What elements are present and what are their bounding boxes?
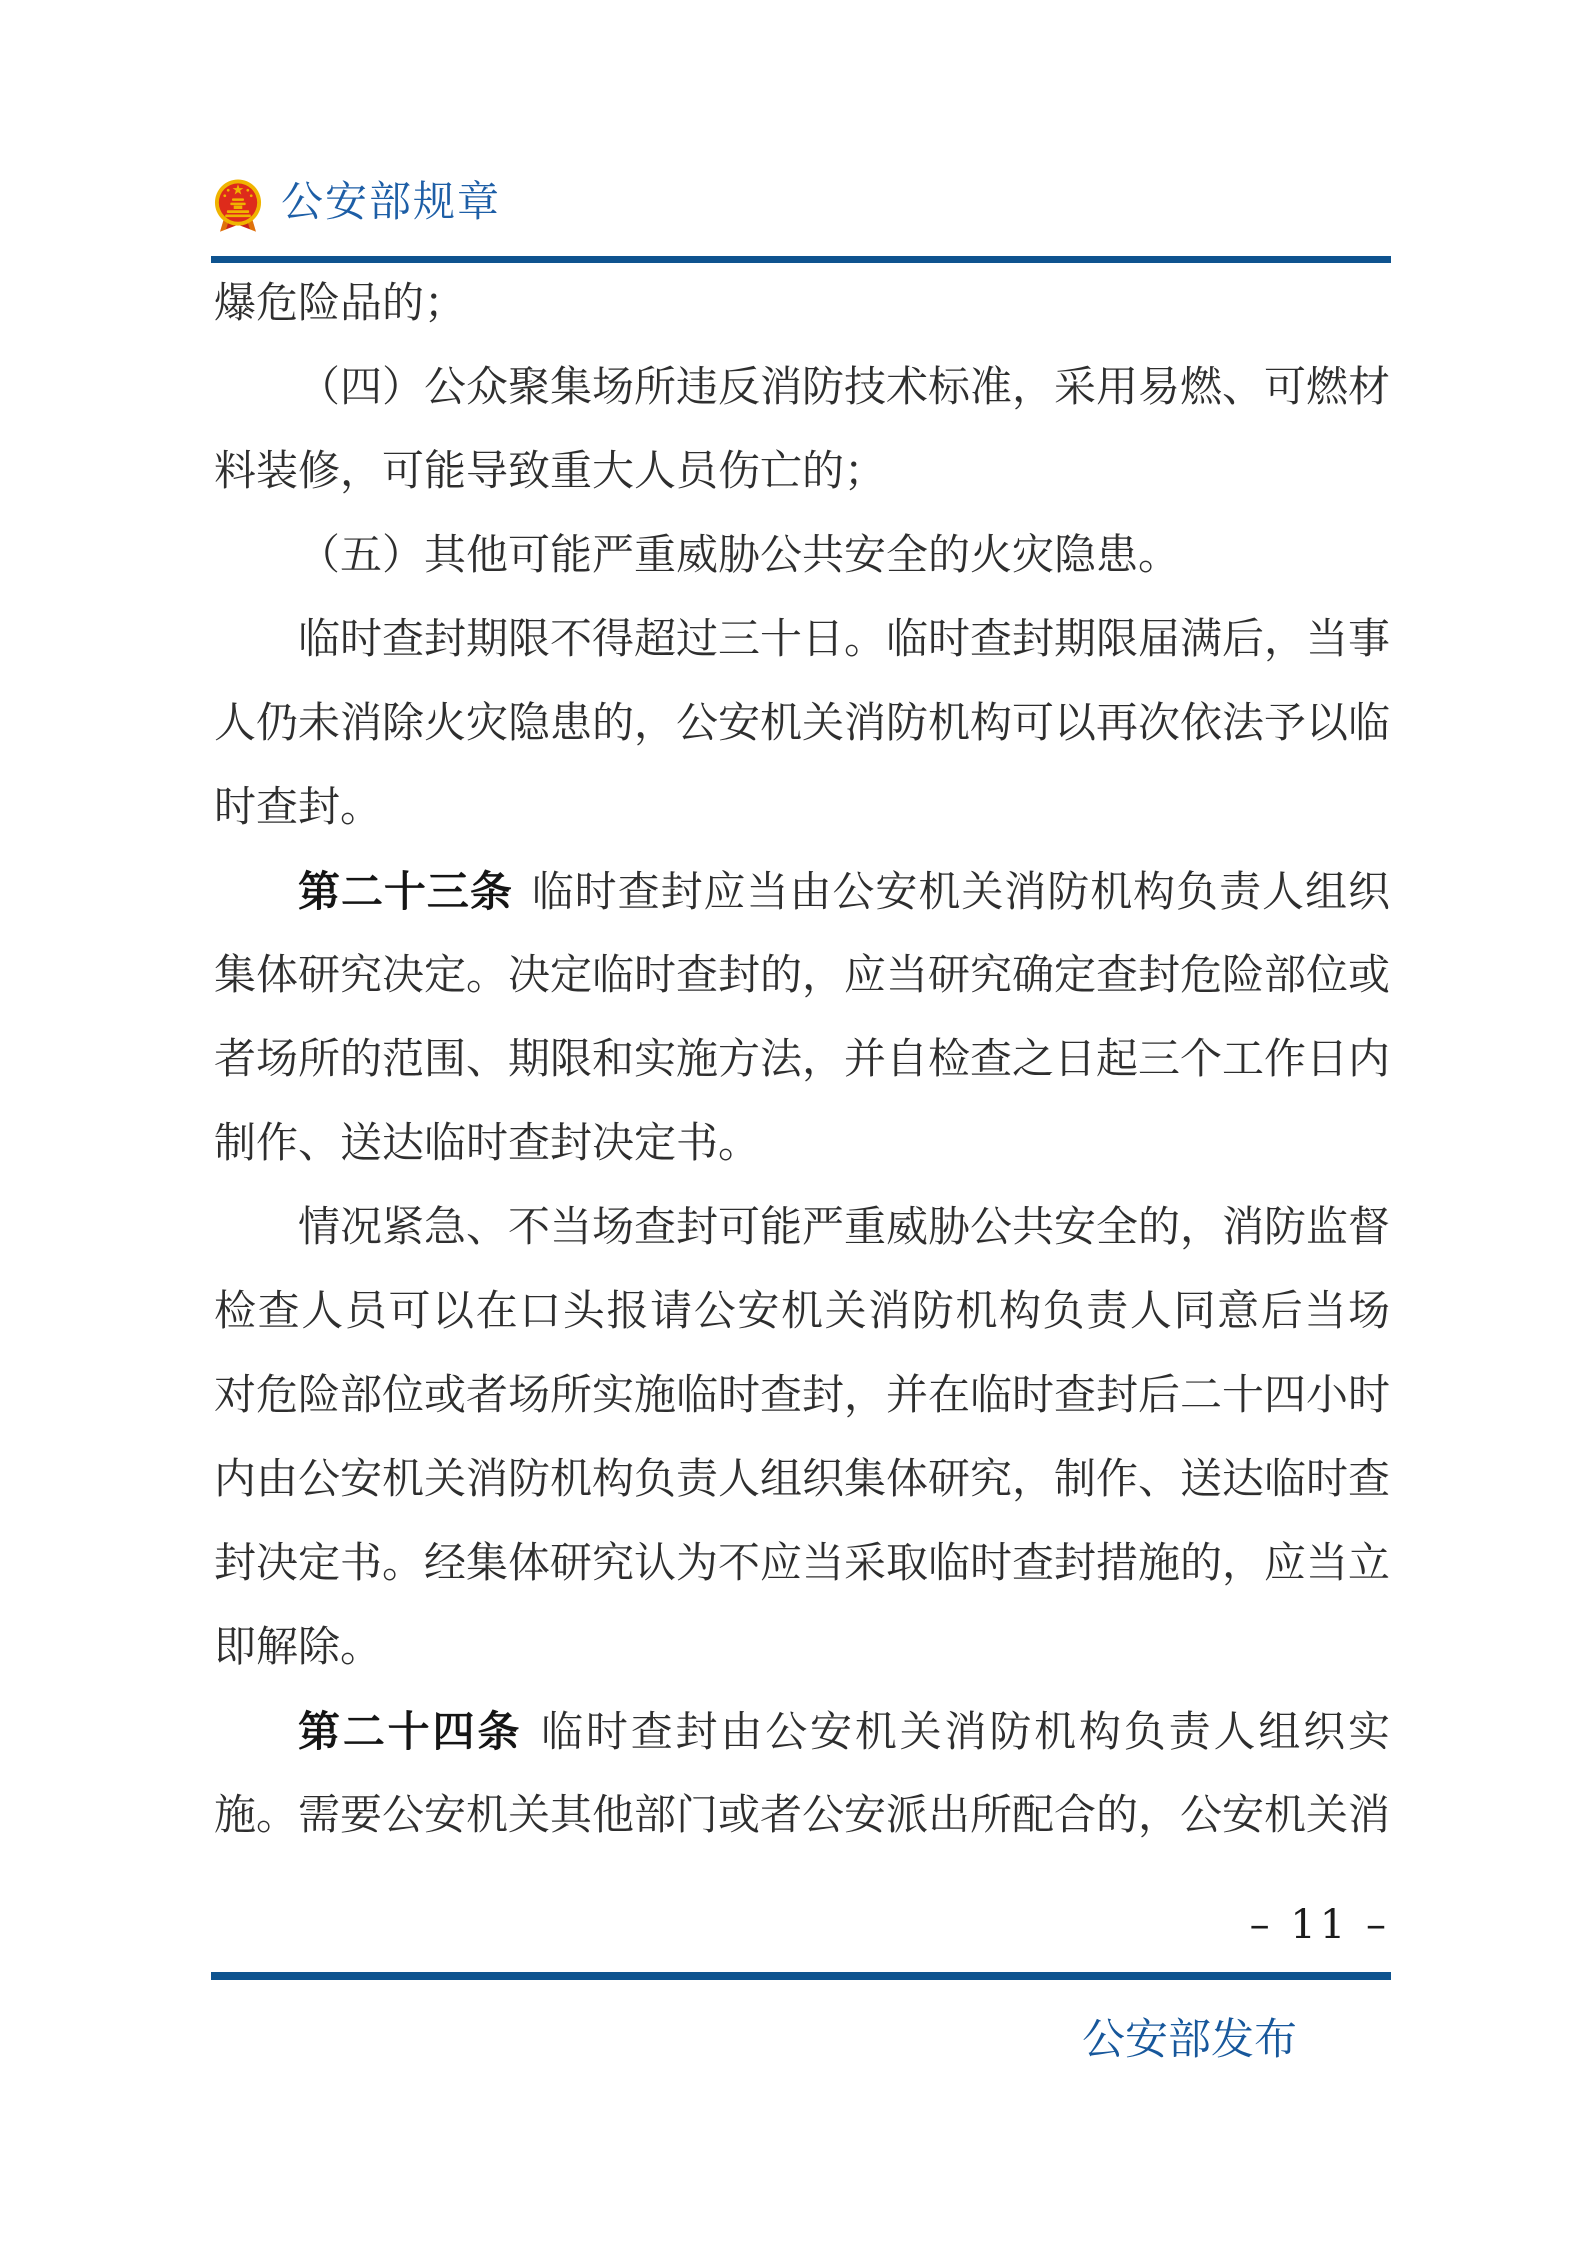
body-line: 对危险部位或者场所实施临时查封，并在临时查封后二十四小时 (214, 1354, 1390, 1438)
page-number: – 11 – (214, 1902, 1390, 1948)
body-line: 情况紧急、不当场查封可能严重威胁公共安全的，消防监督 (214, 1186, 1390, 1270)
body-line: 第二十三条临时查封应当由公安机关消防机构负责人组织 (214, 850, 1390, 934)
body-line: 集体研究决定。决定临时查封的，应当研究确定查封危险部位或 (214, 934, 1390, 1018)
body-line: 临时查封期限不得超过三十日。临时查封期限届满后，当事 (214, 598, 1390, 682)
national-emblem-icon (212, 177, 264, 235)
body-line: 内由公安机关消防机构负责人组织集体研究，制作、送达临时查 (214, 1438, 1390, 1522)
body-line: 者场所的范围、期限和实施方法，并自检查之日起三个工作日内 (214, 1018, 1390, 1102)
body-line: 人仍未消除火灾隐患的，公安机关消防机构可以再次依法予以临 (214, 682, 1390, 766)
article-number: 第二十三条 (298, 868, 513, 915)
article-number: 第二十四条 (298, 1708, 522, 1755)
body-line: 施。需要公安机关其他部门或者公安派出所配合的，公安机关消 (214, 1774, 1390, 1858)
body-line: 封决定书。经集体研究认为不应当采取临时查封措施的，应当立 (214, 1522, 1390, 1606)
page-title: 公安部规章 (281, 181, 501, 225)
publisher-label: 公安部发布 (214, 2006, 1297, 2067)
footer-divider (211, 1972, 1391, 1980)
body-line: 时查封。 (214, 766, 1390, 850)
body-line: 制作、送达临时查封决定书。 (214, 1102, 1390, 1186)
body-line: 即解除。 (214, 1606, 1390, 1690)
document-page: 公安部规章 爆危险品的； （四）公众聚集场所违反消防技术标准，采用易燃、可燃材 … (0, 0, 1587, 2245)
body-line: 料装修，可能导致重大人员伤亡的； (214, 430, 1390, 514)
body-line: （五）其他可能严重威胁公共安全的火灾隐患。 (214, 514, 1390, 598)
body-line: 检查人员可以在口头报请公安机关消防机构负责人同意后当场 (214, 1270, 1390, 1354)
body-line: 第二十四条临时查封由公安机关消防机构负责人组织实 (214, 1690, 1390, 1774)
body-line: （四）公众聚集场所违反消防技术标准，采用易燃、可燃材 (214, 346, 1390, 430)
body-line: 爆危险品的； (214, 262, 1390, 346)
document-body: 爆危险品的； （四）公众聚集场所违反消防技术标准，采用易燃、可燃材 料装修，可能… (214, 262, 1390, 1858)
